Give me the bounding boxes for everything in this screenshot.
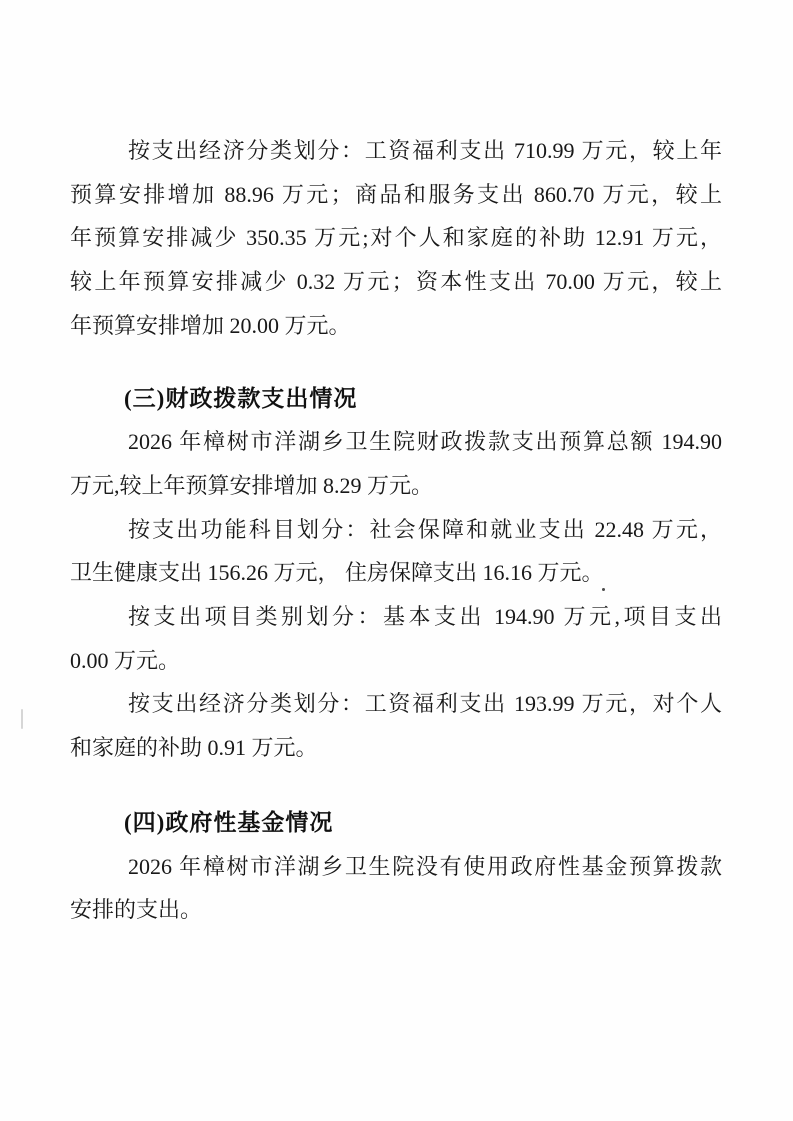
paragraph-line: 2026 年樟树市洋湖乡卫生院财政拨款支出预算总额 194.90 (70, 420, 722, 464)
paragraph-fiscal-appropriation-total: 2026 年樟树市洋湖乡卫生院财政拨款支出预算总额 194.90 万元,较上年预… (70, 420, 722, 507)
paragraph-line: 按支出经济分类划分：工资福利支出 710.99 万元，较上年 (70, 129, 722, 173)
paragraph-government-fund: 2026 年樟树市洋湖乡卫生院没有使用政府性基金预算拨款 安排的支出。 (70, 845, 722, 932)
paragraph-line: 按支出项目类别划分：基本支出 194.90 万元,项目支出 (70, 595, 722, 639)
paragraph-line: 0.00 万元。 (70, 639, 722, 683)
paragraph-project-category-classification: 按支出项目类别划分：基本支出 194.90 万元,项目支出 0.00 万元。 (70, 595, 722, 682)
paragraph-line: 安排的支出。 (70, 888, 722, 932)
scan-artifact-dash (21, 709, 23, 729)
paragraph-line: 年预算安排减少 350.35 万元;对个人和家庭的补助 12.91 万元， (70, 216, 722, 260)
paragraph-line: 和家庭的补助 0.91 万元。 (70, 726, 722, 770)
paragraph-line: 万元,较上年预算安排增加 8.29 万元。 (70, 464, 722, 508)
paragraph-functional-subject-classification: 按支出功能科目划分：社会保障和就业支出 22.48 万元， 卫生健康支出 156… (70, 508, 722, 595)
paragraph-line: 按支出功能科目划分：社会保障和就业支出 22.48 万元， (70, 508, 722, 552)
paragraph-expenditure-economic-classification: 按支出经济分类划分：工资福利支出 710.99 万元，较上年 预算安排增加 88… (70, 129, 722, 348)
section-heading-government-fund: (四)政府性基金情况 (70, 801, 722, 845)
scan-artifact-dot (602, 588, 605, 591)
paragraph-line: 年预算安排增加 20.00 万元。 (70, 304, 722, 348)
paragraph-line: 按支出经济分类划分：工资福利支出 193.99 万元，对个人 (70, 682, 722, 726)
paragraph-line: 卫生健康支出 156.26 万元， 住房保障支出 16.16 万元。 (70, 551, 722, 595)
paragraph-line: 较上年预算安排减少 0.32 万元；资本性支出 70.00 万元，较上 (70, 260, 722, 304)
paragraph-line: 2026 年樟树市洋湖乡卫生院没有使用政府性基金预算拨款 (70, 845, 722, 889)
paragraph-line: 预算安排增加 88.96 万元；商品和服务支出 860.70 万元，较上 (70, 173, 722, 217)
paragraph-fiscal-economic-classification: 按支出经济分类划分：工资福利支出 193.99 万元，对个人 和家庭的补助 0.… (70, 682, 722, 769)
section-heading-fiscal-appropriation-expenditure: (三)财政拨款支出情况 (70, 377, 722, 421)
document-page: 按支出经济分类划分：工资福利支出 710.99 万元，较上年 预算安排增加 88… (70, 129, 722, 932)
